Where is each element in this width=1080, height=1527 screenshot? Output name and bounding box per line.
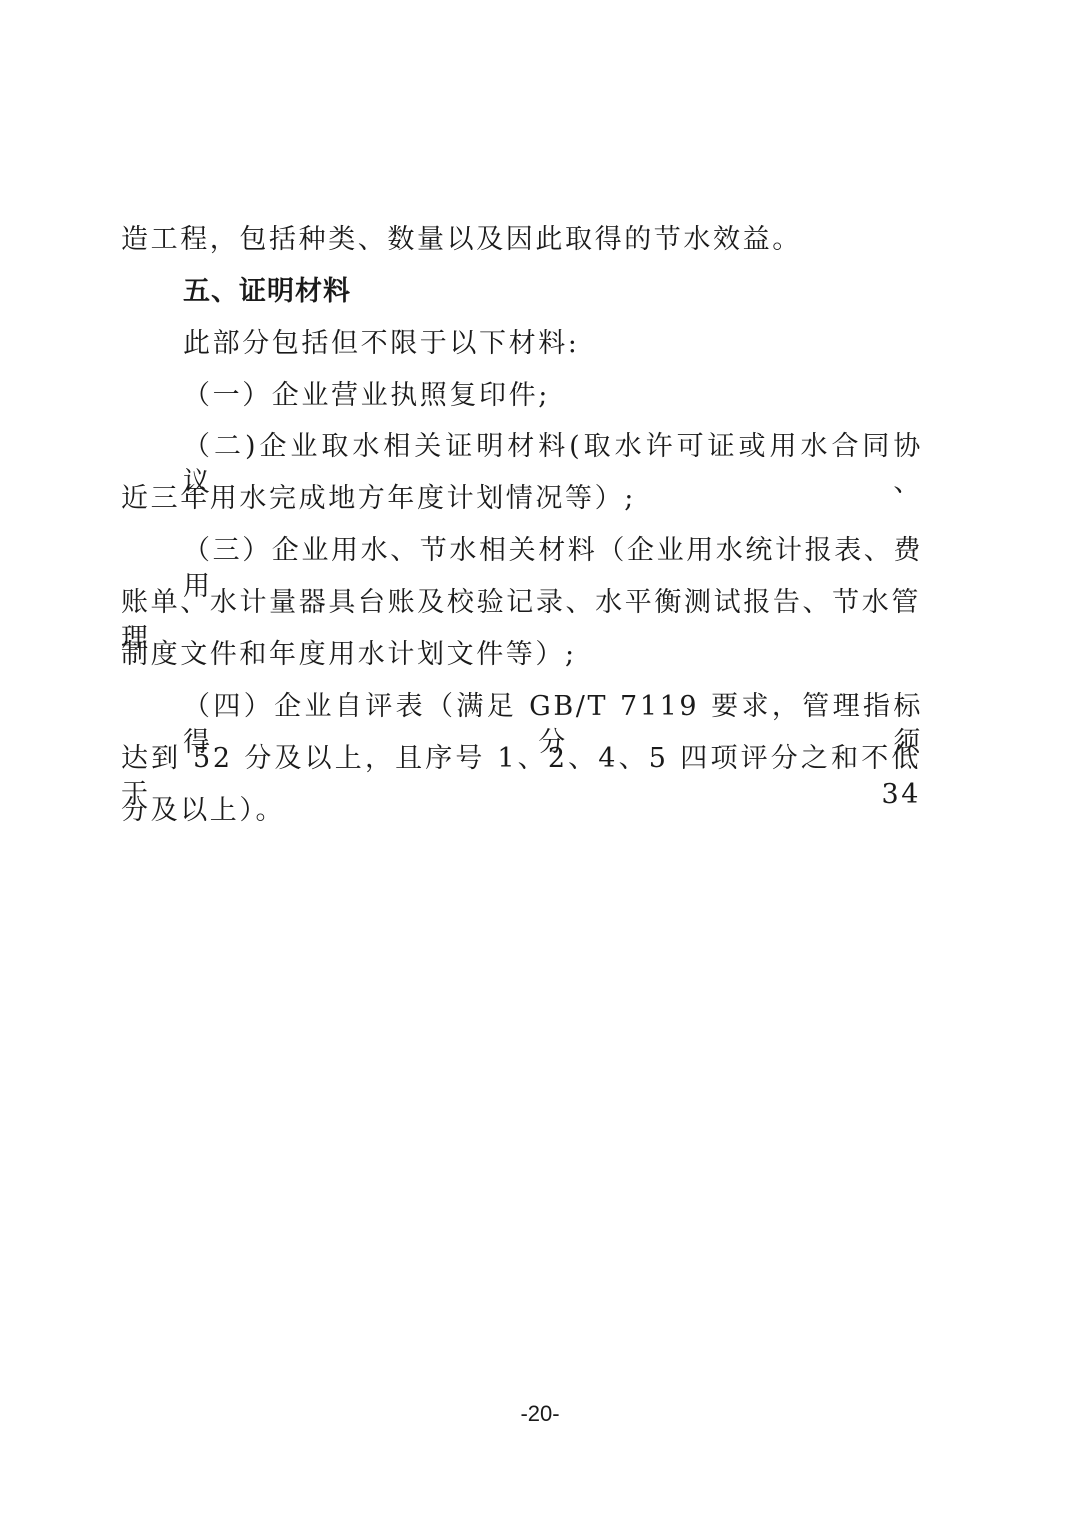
list-item-1: （一）企业营业执照复印件; bbox=[183, 378, 923, 414]
list-item-2-line-2: 近三年用水完成地方年度计划情况等）; bbox=[121, 481, 921, 517]
document-page: 造工程，包括种类、数量以及因此取得的节水效益。 五、证明材料 此部分包括但不限于… bbox=[0, 0, 1080, 1527]
section-intro: 此部分包括但不限于以下材料: bbox=[183, 326, 923, 362]
list-item-3-line-3: 制度文件和年度用水计划文件等）; bbox=[121, 637, 921, 673]
paragraph-continuation: 造工程，包括种类、数量以及因此取得的节水效益。 bbox=[121, 222, 921, 258]
list-item-4-line-3: 分及以上）。 bbox=[121, 793, 921, 829]
page-number: -20- bbox=[0, 1400, 1080, 1428]
section-heading: 五、证明材料 bbox=[183, 274, 923, 310]
